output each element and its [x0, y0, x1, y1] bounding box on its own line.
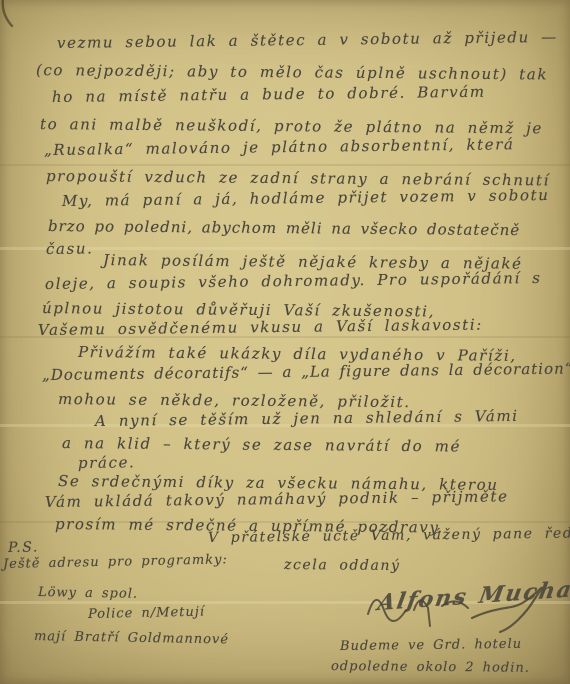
- letter-line: My, má paní a já, hodláme přijet vozem v…: [62, 186, 550, 210]
- ps-label: P.S.: [8, 539, 39, 556]
- valediction: zcela oddaný: [284, 557, 401, 574]
- signature: Alfons Mucha: [376, 576, 570, 616]
- letter-line: „Rusalka“ malováno je plátno absorbentní…: [44, 135, 515, 159]
- crease-line: [0, 164, 570, 166]
- corner-tear-mark: [0, 0, 34, 30]
- letter-line: ho na místě natřu a bude to dobré. Barvá…: [52, 83, 486, 106]
- ps-address-place: Police n/Metují: [88, 605, 205, 622]
- letter-line: „Documents décoratifs“ — a „La figure da…: [42, 360, 570, 384]
- letter-line: a na klid – který se zase navrátí do mé: [62, 434, 461, 455]
- ps-address-owners: mají Bratří Goldmannové: [34, 629, 229, 647]
- letter-line: práce.: [78, 453, 136, 472]
- arrival-note-line: odpoledne okolo 2 hodin.: [331, 659, 530, 676]
- letter-line: oleje, a soupis všeho dohromady. Pro usp…: [45, 269, 542, 293]
- arrival-note-line: Budeme ve Grd. hotelu: [340, 637, 522, 654]
- letter-line: brzo po poledni, abychom měli na všecko …: [48, 217, 520, 239]
- letter-line: (co nejpozději; aby to mělo čas úplně us…: [36, 61, 548, 83]
- letter-line: Vám ukládá takový namáhavý podnik – přij…: [45, 487, 509, 511]
- ps-address-company: Löwy a spol.: [38, 585, 138, 602]
- letter-line: času.: [46, 239, 94, 258]
- letter-line: to ani malbě neuškodí, proto že plátno n…: [40, 115, 543, 137]
- letter-line: vezmu sebou lak a štětec a v sobotu až p…: [57, 28, 558, 52]
- letter-page: vezmu sebou lak a štětec a v sobotu až p…: [0, 0, 570, 684]
